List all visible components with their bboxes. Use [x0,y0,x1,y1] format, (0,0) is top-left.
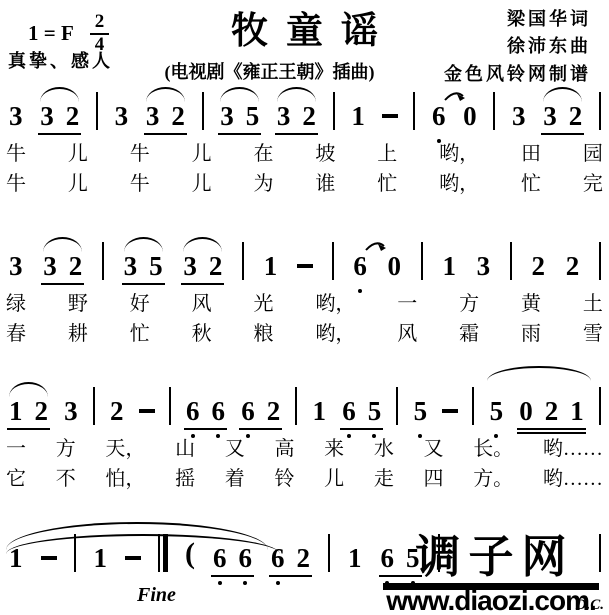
note: 0 [519,398,533,425]
barline [421,242,423,280]
note-digit: 3 [277,101,291,131]
note: 2 [66,103,80,130]
lyric-syllable: 哟…… [543,437,603,461]
note: 3 [9,103,23,130]
lyric-syllable: 土 [583,292,603,316]
note: 2 [297,545,311,572]
octave-dot-low [191,434,195,438]
note-group: 1 [441,253,457,280]
note: 2 [532,253,546,280]
lyric-syllable: 忙 [377,172,397,196]
lyric-syllable: 儿 [324,467,344,491]
note-digit: 2 [566,251,580,281]
barline [332,242,334,280]
barline [599,92,601,130]
note: 6 [241,398,255,425]
lyrics-row: 牛儿牛儿在坡上哟，田园 [0,142,609,166]
note-digit: 6 [342,396,356,426]
note-digit: 2 [532,251,546,281]
note-group: 3 [511,103,527,130]
note-group: 1 [263,253,279,280]
note-digit: 0 [519,396,533,426]
note-group: 3 [476,253,492,280]
barline [295,387,297,425]
note-group: 1 [8,545,24,572]
octave-dot-low [246,434,250,438]
note-group: 5 [489,398,505,425]
note: 6 [186,398,200,425]
note-group: 32 [42,253,83,280]
note-digit: 1 [9,396,23,426]
note-group: 66 [212,545,253,572]
note-digit: 3 [43,251,57,281]
lyrics-row: 一方天，山又高来水又长。哟…… [0,437,609,461]
lyrics-row: 牛儿牛儿为谁忙哟，忙完 [0,172,609,196]
barline [333,92,335,130]
lyric-syllable: 耕 [68,322,88,346]
lyric-syllable: 不 [56,467,76,491]
lyric-syllable: 四 [424,467,444,491]
lyric-syllable: 雨 [521,322,541,346]
note-group: 0 [462,103,478,130]
song-subtitle: (电视剧《雍正王朝》插曲) [80,58,459,84]
note: 1 [442,253,456,280]
lyric-syllable: 儿 [192,142,212,166]
note-digit: 1 [94,543,108,573]
note: 6 [213,545,227,572]
lyric-syllable: 风 [397,322,417,346]
note-digit: 6 [353,251,367,281]
lyric-syllable: 秋 [192,322,212,346]
lyric-syllable: 在 [254,142,274,166]
note-digit: 2 [302,101,316,131]
lyric-syllable: 春 [6,322,26,346]
octave-dot-low [358,289,362,293]
octave-dot-low [494,434,498,438]
note-group: 62 [240,398,281,425]
note-digit: 6 [271,543,285,573]
note-digit: 3 [146,101,160,131]
note-digit: 6 [186,396,200,426]
lyric-syllable: 长。 [473,437,513,461]
lyric-syllable: 绿 [6,292,26,316]
note-digit: 3 [220,101,234,131]
note-digit: 3 [543,101,557,131]
note: 6 [432,103,446,130]
note-digit: 0 [388,251,402,281]
barline [242,242,244,280]
lyric-syllable: 坡 [315,142,335,166]
lyric-syllable: 方 [56,437,76,461]
note: 1 [570,398,584,425]
note: 1 [264,253,278,280]
note-group: 32 [182,253,223,280]
lyric-syllable: 为 [254,172,274,196]
note-group: 35 [219,103,260,130]
credit-transcriber: 金色风铃网制谱 [444,61,591,88]
notes-row: 33235321601322 [0,236,609,280]
note-digit: 3 [115,101,129,131]
note-digit: 2 [171,101,185,131]
fine-marking: Fine [137,584,176,607]
fall-glissando-icon [364,238,390,254]
duration-dash [297,264,313,268]
lyric-syllable: 铃 [274,467,294,491]
octave-dot-low [437,139,441,143]
credits: 梁国华词 徐沛东曲 金色风铃网制谱 [444,6,591,88]
lyric-syllable: 高 [274,437,294,461]
lyric-syllable: 霜 [459,322,479,346]
note-group: 12 [8,398,49,425]
lyric-syllable: 着 [225,467,245,491]
beam-underline [181,283,224,285]
system-3: 1232666216555021一方天，山又高来水又长。哟……它不怕，摇着铃儿走… [0,381,609,491]
beam-underline [211,575,254,577]
beam-underline [269,575,312,577]
octave-dot-low [276,581,280,585]
note-group: 35 [123,253,164,280]
barline [169,387,171,425]
duration-dash [125,556,141,560]
lyric-syllable: 儿 [68,172,88,196]
note: 1 [94,545,108,572]
note-digit: 6 [213,543,227,573]
note-digit: 1 [570,396,584,426]
note-group: 1 [347,545,363,572]
note-group: 2 [109,398,125,425]
lyric-syllable: 哟， [315,322,355,346]
barline [493,92,495,130]
note-group: 3 [8,253,24,280]
lyric-syllable: 风 [192,292,212,316]
lyrics-row: 绿野好风光哟，一方黄土 [0,292,609,316]
lyric-syllable: 它 [6,467,26,491]
barline [599,387,601,425]
note: 2 [110,398,124,425]
note: 3 [183,253,197,280]
note-digit: 6 [212,396,226,426]
note-digit: 2 [267,396,281,426]
note: 6 [342,398,356,425]
beam-underline [144,133,187,135]
beam-underline [184,428,227,430]
note: 3 [277,103,291,130]
note: 1 [313,398,327,425]
note: 3 [146,103,160,130]
note: 6 [353,253,367,280]
note-digit: 3 [64,396,78,426]
octave-dot-low [216,434,220,438]
note-digit: 1 [313,396,327,426]
notes-row: 3323323532160332 [0,86,609,130]
note-digit: 3 [124,251,138,281]
note: 3 [543,103,557,130]
note-group: 3 [114,103,130,130]
lyric-syllable: 野 [68,292,88,316]
duration-dash [139,409,155,413]
lyric-syllable: 牛 [6,172,26,196]
lyric-syllable: 粮 [254,322,274,346]
note: 3 [43,253,57,280]
system-2: 33235321601322绿野好风光哟，一方黄土春耕忙秋粮哟，风霜雨雪 [0,236,609,346]
beam-underline [541,133,584,135]
credit-composer: 徐沛东曲 [444,33,591,60]
lyric-syllable: 天， [105,437,145,461]
octave-dot-low [347,434,351,438]
note-group: 2 [565,253,581,280]
lyric-syllable: 山 [175,437,195,461]
note: 3 [64,398,78,425]
beam-underline [239,428,282,430]
note-digit: 3 [9,251,23,281]
lyric-syllable: 又 [424,437,444,461]
note-digit: 5 [490,396,504,426]
note: 1 [348,545,362,572]
octave-dot-low [243,581,247,585]
note-group: 32 [542,103,583,130]
duration-dash [41,556,57,560]
octave-dot-low [418,434,422,438]
watermark-site-url: www.diaozi.com. [377,587,605,615]
note-group: 1 [93,545,109,572]
barline [96,92,98,130]
lyric-syllable: 哟…… [543,467,603,491]
beam-underline [122,283,165,285]
lyric-syllable: 来 [324,437,344,461]
lyric-syllable: 黄 [521,292,541,316]
octave-dot-low [218,581,222,585]
watermark-site-name: 调子网 [377,535,605,580]
beam-underline [517,428,586,430]
note: 3 [477,253,491,280]
lyric-syllable: 光 [254,292,274,316]
notes-row: 1232666216555021 [0,381,609,425]
sheet-music-page: 1 = F 2 4 真挚、感人 牧童谣 (电视剧《雍正王朝》插曲) 梁国华词 徐… [0,0,609,615]
lyric-syllable: 牛 [130,172,150,196]
note: 3 [9,253,23,280]
note-digit: 2 [35,396,49,426]
lyric-syllable: 哟， [439,142,479,166]
note-digit: 1 [442,251,456,281]
lyric-syllable: 忙 [521,172,541,196]
note-group: 0 [387,253,403,280]
note-digit: 2 [545,396,559,426]
lyric-syllable: 牛 [6,142,26,166]
lyric-syllable: 走 [374,467,394,491]
note: 3 [220,103,234,130]
system-1: 3323323532160332牛儿牛儿在坡上哟，田园牛儿牛儿为谁忙哟，忙完 [0,86,609,196]
barline [599,242,601,280]
lyric-syllable: 园 [583,142,603,166]
note-group: 6 [352,253,368,280]
barline [93,387,95,425]
note: 6 [212,398,226,425]
lyrics-row: 春耕忙秋粮哟，风霜雨雪 [0,322,609,346]
lyric-syllable: 一 [397,292,417,316]
lyric-syllable: 雪 [583,322,603,346]
note: 0 [388,253,402,280]
note: 3 [512,103,526,130]
octave-dot-low [372,434,376,438]
note-group: 1 [312,398,328,425]
note: 2 [566,253,580,280]
da-capo-marking: D.C. [576,597,604,614]
note-group: 3 [8,103,24,130]
lyric-syllable: 摇 [175,467,195,491]
beam-underline [218,133,261,135]
note-group: 1 [350,103,366,130]
barline [413,92,415,130]
lyric-syllable: 方。 [473,467,513,491]
note: 5 [368,398,382,425]
note: 0 [463,103,477,130]
note: 5 [490,398,504,425]
lyric-syllable: 儿 [192,172,212,196]
note-digit: 2 [110,396,124,426]
lyric-syllable: 牛 [130,142,150,166]
note-group: 2 [531,253,547,280]
note: 2 [569,103,583,130]
duration-dash [442,409,458,413]
note: 1 [351,103,365,130]
note: 2 [545,398,559,425]
note-digit: 5 [149,251,163,281]
note-digit: 2 [66,101,80,131]
note-digit: 3 [9,101,23,131]
slur-arc [487,366,591,381]
note: 2 [267,398,281,425]
lyric-syllable: 哟， [315,292,355,316]
note-group: 5 [413,398,429,425]
lyric-syllable: 好 [130,292,150,316]
note: 6 [271,545,285,572]
lyric-syllable: 忙 [130,322,150,346]
note-digit: 5 [414,396,428,426]
note-digit: 3 [40,101,54,131]
barline [328,534,330,572]
note: 6 [239,545,253,572]
note-digit: 3 [477,251,491,281]
lyric-syllable: 又 [225,437,245,461]
note-digit: 3 [512,101,526,131]
note: 2 [69,253,83,280]
note-digit: 1 [348,543,362,573]
lyric-syllable: 水 [374,437,394,461]
note: 5 [246,103,260,130]
note-group: 62 [270,545,311,572]
beam-underline [7,428,50,430]
note-group: 32 [145,103,186,130]
note: 2 [35,398,49,425]
note: 2 [209,253,223,280]
lyric-syllable: 完 [583,172,603,196]
note-group: 32 [39,103,80,130]
lyric-syllable: 一 [6,437,26,461]
lyric-syllable: 怕， [105,467,145,491]
note-digit: 5 [246,101,260,131]
barline [472,387,474,425]
barline [102,242,104,280]
note: 3 [115,103,129,130]
note-digit: 6 [241,396,255,426]
note: 5 [414,398,428,425]
lyric-syllable: 方 [459,292,479,316]
watermark: 调子网 www.diaozi.com. [377,535,605,615]
note-digit: 2 [297,543,311,573]
beam-underline [517,432,586,434]
note: 2 [302,103,316,130]
note-digit: 0 [463,101,477,131]
note-group: 6 [431,103,447,130]
barline [396,387,398,425]
duration-dash [382,114,398,118]
barline [510,242,512,280]
note-digit: 3 [183,251,197,281]
beam-underline [41,283,84,285]
note: 1 [9,398,23,425]
note-group: 021 [518,398,585,425]
note-digit: 1 [264,251,278,281]
note-group: 3 [63,398,79,425]
lyric-syllable: 儿 [68,142,88,166]
note: 5 [149,253,163,280]
note-digit: 6 [432,101,446,131]
lyrics-row: 它不怕，摇着铃儿走四方。哟…… [0,467,609,491]
note-digit: 2 [69,251,83,281]
credit-lyricist: 梁国华词 [444,6,591,33]
beam-underline [340,428,383,430]
note-digit: 2 [209,251,223,281]
note: 3 [40,103,54,130]
lyric-syllable: 哟， [439,172,479,196]
note-digit: 1 [9,543,23,573]
note-digit: 2 [569,101,583,131]
beam-underline [275,133,318,135]
beam-underline [38,133,81,135]
note: 2 [171,103,185,130]
note-digit: 6 [239,543,253,573]
note-digit: 1 [351,101,365,131]
note-group: 32 [276,103,317,130]
note: 3 [124,253,138,280]
note: 1 [9,545,23,572]
note-group: 66 [185,398,226,425]
barline [202,92,204,130]
note-digit: 5 [368,396,382,426]
lyric-syllable: 谁 [315,172,335,196]
note-group: 65 [341,398,382,425]
lyric-syllable: 上 [377,142,397,166]
lyric-syllable: 田 [521,142,541,166]
